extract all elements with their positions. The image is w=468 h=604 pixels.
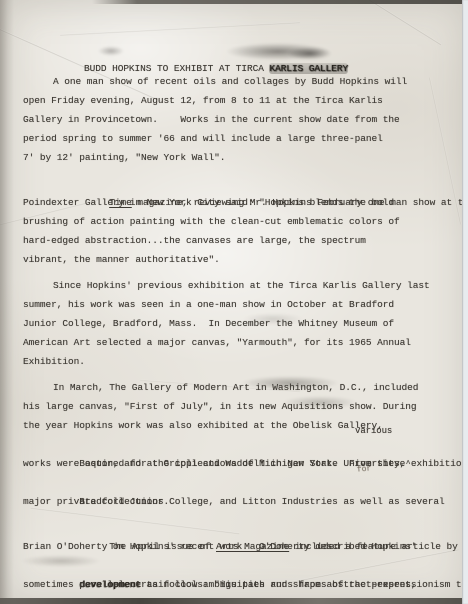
text-line: works were aquired for the collections o… — [23, 454, 455, 473]
text-line: hard-edged abstraction...the canvases ar… — [23, 231, 455, 250]
paper-bottom-edge — [0, 598, 468, 604]
text-line: summer, his work was seen in a one-man s… — [23, 295, 455, 314]
text-line: 7' by 12' painting, "New York Wall". — [23, 148, 455, 167]
text-line: Poindexter Gallery in New York City said… — [23, 193, 455, 212]
text-line: his large canvas, "First of July", in it… — [23, 397, 455, 416]
document-text: BUDD HOPKINS TO EXHIBIT AT TIRCA KARLIS … — [23, 40, 455, 601]
paper-right-edge — [462, 0, 468, 604]
paper-left-edge-shadow — [0, 0, 14, 604]
text-line-with-insertion: Boston, and at Grippi and Waddell in New… — [23, 435, 455, 454]
text-line: open Friday evening, August 12, from 8 t… — [23, 91, 455, 110]
paragraph-arts-magazine: The April issue of Arts Magazine include… — [23, 518, 455, 594]
text-line: Exhibition. — [23, 352, 455, 371]
scanned-press-release: BUDD HOPKINS TO EXHIBIT AT TIRCA KARLIS … — [0, 0, 468, 604]
text-line: period spring to summer '66 and will inc… — [23, 129, 455, 148]
text-line-with-pencil-note: Bradford Junior College, and Litton Indu… — [23, 473, 455, 492]
text-line: Junior College, Bradford, Mass. In Decem… — [23, 314, 455, 333]
text-line: A one man show of recent oils and collag… — [23, 72, 455, 91]
text-line: Since Hopkins' previous exhibition at th… — [23, 276, 455, 295]
text-line: Brian O'Doherty on Hopkins' recent work.… — [23, 537, 455, 556]
text-line: The April issue of Arts Magazine include… — [23, 518, 455, 537]
text-line: American Art selected a major canvas, "Y… — [23, 333, 455, 352]
text-line: brushing of action painting with the cle… — [23, 212, 455, 231]
pencil-annotation: for — [357, 464, 372, 474]
text-line: development as follows: "His path runs f… — [23, 556, 455, 575]
paper-top-edge — [92, 0, 468, 4]
paper-crease — [60, 22, 300, 37]
paragraph-previous-exhibitions: Since Hopkins' previous exhibition at th… — [23, 276, 455, 371]
text-line: vibrant, the manner authoritative". — [23, 250, 455, 269]
paper-crease — [339, 0, 442, 46]
text-line: Time magazine, reviewing Mr. Hopkins Feb… — [23, 174, 455, 193]
paragraph-time-review: Time magazine, reviewing Mr. Hopkins Feb… — [23, 174, 455, 269]
paragraph-march-collections: In March, The Gallery of Modern Art in W… — [23, 378, 455, 511]
paragraph-show-announcement: A one man show of recent oils and collag… — [23, 72, 455, 167]
paper-sheet: BUDD HOPKINS TO EXHIBIT AT TIRCA KARLIS … — [0, 0, 468, 604]
text-line: In March, The Gallery of Modern Art in W… — [23, 378, 455, 397]
text-line: Gallery in Provincetown. Works in the cu… — [23, 110, 455, 129]
text-line: major private collections. — [23, 492, 455, 511]
typed-insertion-word: various — [355, 426, 392, 436]
document-title: BUDD HOPKINS TO EXHIBIT AT TIRCA KARLIS … — [23, 40, 455, 59]
text-line: sometimes parallel certain cool ambiguit… — [23, 575, 455, 594]
